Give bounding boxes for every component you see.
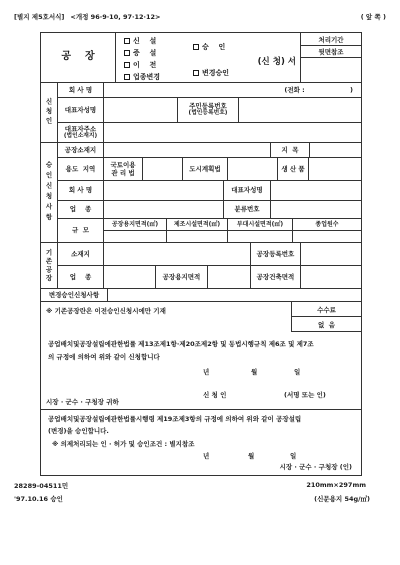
city-plan-label: 도시계획법: [183, 158, 228, 180]
date-day-label: 일: [294, 367, 300, 376]
option-approval-label: 승 인: [202, 43, 225, 51]
checkbox-approval-icon[interactable]: [193, 44, 199, 50]
page-header: [별지 제5호서식] <개정 96·9·10, 97·12·12> ( 앞 쪽 …: [14, 12, 386, 21]
form-code: [별지 제5호서식]: [14, 12, 64, 21]
land-law-label: 국토이용 관 리 법: [104, 158, 143, 180]
ar-industry-field[interactable]: [104, 201, 224, 218]
reg-no-label-line2: (법인등록번호): [189, 110, 228, 117]
ef-land-area-field[interactable]: [208, 266, 251, 288]
option-relocate[interactable]: 이 전: [124, 60, 156, 70]
rep-addr-label-line2: (법인소재지): [64, 133, 97, 140]
approval-box: 공업배치및공장설립에관한법률시행령 제19조제3항의 규정에 의하여 위와 같이…: [40, 410, 362, 476]
paper-spec: (신문용지 54g/㎡): [314, 494, 370, 503]
rep-name-label: 대표자성명: [58, 98, 104, 122]
approval-note: ※ 의제처리되는 인 · 허가 및 승인조건 : 별지참조: [52, 439, 195, 448]
ar-industry-label: 업 종: [58, 201, 104, 218]
paper-size: 210mm×297mm: [306, 481, 366, 490]
approval-signer: 시장 · 군수 · 구청장 (인): [280, 462, 352, 471]
application-statement-line2: 의 규정에 의하여 위와 같이 신청합니다: [48, 352, 160, 361]
title-row: 공 장 신 설 증 설 이 전 업종변경 승 인 변경승인 (신 청) 서 처리…: [41, 33, 361, 83]
option-relocate-label: 이 전: [133, 61, 156, 69]
processing-time-header: 처리기간: [301, 33, 361, 46]
factory-site-label: 공장소재지: [58, 143, 104, 157]
jimok-field[interactable]: [310, 143, 361, 157]
jimok-label: 지 목: [271, 143, 310, 157]
scale-mfg-field[interactable]: [167, 231, 228, 242]
option-change-approval-label: 변경승인: [202, 69, 229, 77]
doc-number: 28289-04511민: [14, 481, 68, 490]
application-statement-line1: 공업배치및공장설립에관한법률 제13조제1항·제20조제2항 및 동법시행규칙 …: [48, 339, 354, 348]
date-year-label: 년: [203, 367, 209, 376]
change-request-label: 변경승인신청사항: [41, 289, 108, 301]
approval-statement-line2: (변경)을 승인합니다.: [48, 426, 109, 435]
approval-date-year: 년: [203, 451, 209, 460]
ef-building-area-label: 공장건축면적: [251, 266, 301, 288]
checkbox-change-approval-icon[interactable]: [193, 70, 199, 76]
reg-no-field[interactable]: [239, 98, 361, 122]
checkbox-expand-icon[interactable]: [124, 50, 130, 56]
applicant-section: 신청인 회 사 명 (전화 : ) 대표자성명 주민등록번호 (법인등록번호): [41, 83, 361, 143]
ef-industry-field[interactable]: [104, 266, 156, 288]
phone-label: (전화 : ): [284, 86, 353, 94]
existing-factory-note: ※ 기존공장란은 이전승인신청시에만 기재: [46, 306, 166, 315]
scale-aux-field[interactable]: [228, 231, 293, 242]
rep-addr-label-line1: 대표자주소: [65, 125, 96, 133]
land-law-field[interactable]: [143, 158, 183, 180]
scale-label: 규 모: [58, 219, 104, 242]
approval-statement-line1: 공업배치및공장설립에관한법률시행령 제19조제3항의 규정에 의하여 위와 같이…: [48, 414, 301, 423]
factory-site-field[interactable]: [104, 143, 271, 157]
option-approval[interactable]: 승 인: [193, 42, 225, 52]
land-law-label-line2: 관 리 법: [111, 169, 134, 177]
ar-rep-field[interactable]: [271, 181, 361, 200]
approval-request-section-label: 승인신청사항: [41, 143, 58, 242]
checkbox-new-icon[interactable]: [124, 38, 130, 44]
revision-note: <개정 96·9·10, 97·12·12>: [70, 12, 160, 21]
page-side-label: ( 앞 쪽 ): [361, 12, 386, 21]
existing-factory-section-label: 기존공장: [41, 243, 58, 288]
sign-note: (서명 또는 인): [284, 390, 326, 399]
approved-date: '97.10.16 승인: [14, 494, 63, 503]
processing-time-value: 뒷면참조: [301, 46, 361, 58]
approval-date-day: 일: [290, 451, 296, 460]
class-no-field[interactable]: [271, 201, 361, 218]
product-label: 생 산 품: [278, 158, 309, 180]
ef-industry-label: 업 종: [58, 266, 104, 288]
footer-line2: '97.10.16 승인 (신문용지 54g/㎡): [14, 494, 370, 503]
option-change-industry[interactable]: 업종변경: [124, 72, 160, 82]
approval-request-section: 승인신청사항 공장소재지 지 목 용도 지역 국토이용 관 리 법 도시계획법: [41, 143, 361, 243]
option-new-label: 신 설: [133, 37, 156, 45]
option-expand-label: 증 설: [133, 49, 156, 57]
applicant-section-label: 신청인: [41, 83, 58, 142]
company-name-label: 회 사 명: [58, 83, 104, 97]
product-field[interactable]: [309, 158, 361, 180]
change-request-row: 변경승인신청사항: [41, 289, 361, 302]
form-page: [별지 제5호서식] <개정 96·9·10, 97·12·12> ( 앞 쪽 …: [0, 0, 400, 565]
class-no-label: 분류번호: [224, 201, 271, 218]
ar-rep-label: 대표자성명: [224, 181, 271, 200]
change-request-field[interactable]: [108, 289, 361, 301]
city-plan-field[interactable]: [228, 158, 278, 180]
option-new[interactable]: 신 설: [124, 36, 156, 46]
scale-col-workers: 종업원수: [293, 219, 361, 230]
ef-location-label: 소재지: [58, 243, 104, 265]
ef-reg-no-field[interactable]: [301, 243, 361, 265]
company-name-field[interactable]: (전화 : ): [104, 83, 361, 97]
option-expand[interactable]: 증 설: [124, 48, 156, 58]
ar-company-field[interactable]: [104, 181, 224, 200]
processing-time-box: 처리기간 뒷면참조: [301, 33, 361, 82]
ef-building-area-field[interactable]: [301, 266, 361, 288]
option-change-industry-label: 업종변경: [133, 73, 160, 81]
existing-factory-section: 기존공장 소재지 공장등록번호 업 종 공장용지면적 공장건축면적: [41, 243, 361, 289]
processing-time-empty: [301, 58, 361, 82]
checkbox-relocate-icon[interactable]: [124, 62, 130, 68]
fee-value: 없 음: [292, 317, 361, 331]
option-area: 신 설 증 설 이 전 업종변경 승 인 변경승인 (신 청) 서: [116, 33, 301, 82]
rep-addr-label: 대표자주소 (법인소재지): [58, 123, 104, 142]
fee-label: 수수료: [292, 302, 361, 317]
scale-land-field[interactable]: [104, 231, 167, 242]
ef-location-field[interactable]: [104, 243, 251, 265]
ar-company-label: 회 사 명: [58, 181, 104, 200]
option-change-approval[interactable]: 변경승인: [193, 68, 229, 78]
scale-col-mfg: 제조시설면적(㎡): [167, 219, 228, 230]
ef-land-area-label: 공장용지면적: [156, 266, 208, 288]
checkbox-change-industry-icon[interactable]: [124, 74, 130, 80]
ef-reg-no-label: 공장등록번호: [251, 243, 301, 265]
fee-box: 수수료 없 음: [291, 302, 361, 332]
approval-date-month: 월: [248, 451, 254, 460]
addressee-line: 시장 · 군수 · 구청장 귀하: [46, 397, 119, 406]
land-law-label-line1: 국토이용: [110, 161, 135, 169]
scale-col-aux: 부대시설면적(㎡): [228, 219, 293, 230]
application-form-table: 공 장 신 설 증 설 이 전 업종변경 승 인 변경승인 (신 청) 서 처리…: [40, 32, 362, 410]
rep-addr-field[interactable]: [104, 123, 361, 142]
reg-no-label: 주민등록번호 (법인등록번호): [178, 98, 239, 122]
application-bottom-area: 수수료 없 음 ※ 기존공장란은 이전승인신청시에만 기재 공업배치및공장설립에…: [41, 302, 361, 409]
form-subject: 공 장: [41, 33, 116, 82]
scale-workers-field[interactable]: [293, 231, 361, 242]
applicant-sign-label: 신 청 인: [203, 390, 226, 399]
scale-col-land: 공장용지면적(㎡): [104, 219, 167, 230]
doc-suffix: (신 청) 서: [258, 55, 296, 67]
date-month-label: 월: [251, 367, 257, 376]
rep-name-field[interactable]: [104, 98, 178, 122]
zone-label: 용도 지역: [58, 158, 104, 180]
footer-line1: 28289-04511민 210mm×297mm: [14, 481, 366, 490]
